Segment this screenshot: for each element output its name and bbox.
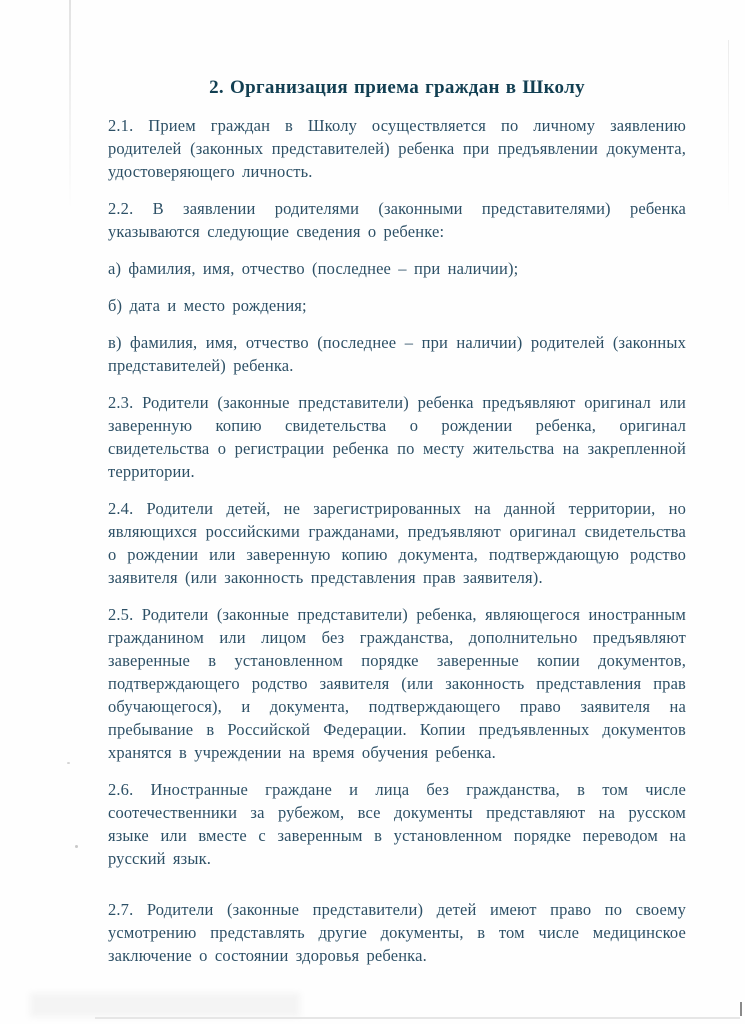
- paragraph-2-5: 2.5. Родители (законные представители) р…: [108, 603, 686, 764]
- paragraph-2-4: 2.4. Родители детей, не зарегистрированн…: [108, 497, 686, 589]
- scan-edge-tick: [740, 1002, 742, 1016]
- scan-bottom-line: [95, 1017, 740, 1019]
- list-item-a: а) фамилия, имя, отчество (последнее – п…: [108, 257, 686, 280]
- scan-speck: [67, 762, 70, 764]
- scan-edge-shadow-left: [69, 0, 71, 210]
- paragraph-2-3: 2.3. Родители (законные представители) р…: [108, 391, 686, 483]
- paragraph-2-1: 2.1. Прием граждан в Школу осуществляетс…: [108, 114, 686, 183]
- list-item-b: б) дата и место рождения;: [108, 294, 686, 317]
- paragraph-2-6: 2.6. Иностранные граждане и лица без гра…: [108, 778, 686, 870]
- section-title: 2. Организация приема граждан в Школу: [108, 76, 686, 100]
- scan-smudge: [30, 993, 300, 1017]
- scan-speck: [75, 845, 78, 848]
- list-item-v: в) фамилия, имя, отчество (последнее – п…: [108, 331, 686, 377]
- scanned-document-page: 2. Организация приема граждан в Школу 2.…: [0, 0, 745, 1024]
- scan-edge-shadow-right: [728, 40, 729, 220]
- document-body: 2. Организация приема граждан в Школу 2.…: [108, 68, 686, 981]
- paragraph-2-2: 2.2. В заявлении родителями (законными п…: [108, 197, 686, 243]
- paragraph-2-7: 2.7. Родители (законные представители) д…: [108, 898, 686, 967]
